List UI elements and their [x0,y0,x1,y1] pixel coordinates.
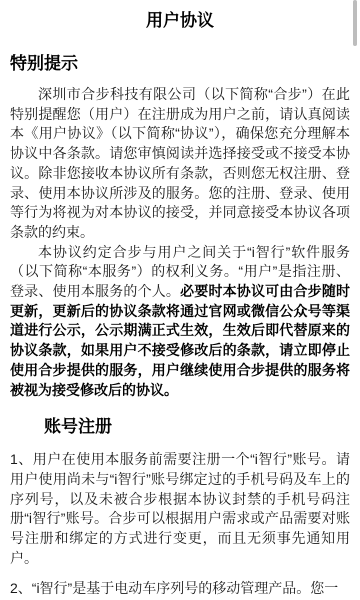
section-heading-special-notice: 特别提示 [10,52,350,75]
account-registration-item-1: 1、用户在使用本服务前需要注册一个“i智行”账号。请用户使用尚未与“i智行”账号… [10,450,350,568]
special-notice-paragraph-2: 本协议约定合步与用户之间关于“i智行”软件服务（以下简称“本服务”）的权利义务。… [10,243,350,401]
user-agreement-page: 用户协议 特别提示 深圳市合步科技有限公司（以下简称“合步”）在此特别提醒您（用… [0,0,360,600]
special-notice-paragraph-1: 深圳市合步科技有限公司（以下简称“合步”）在此特别提醒您（用户）在注册成为用户之… [10,85,350,243]
scrollbar-thumb[interactable] [353,0,357,46]
account-registration-item-2: 2、“i智行”是基于电动车序列号的移动管理产品。您一 [10,579,350,599]
section-heading-account-registration: 账号注册 [10,415,350,438]
page-title: 用户协议 [10,9,350,33]
special-notice-paragraph-2-bold-text: 必要时本协议可由合步随时更新，更新后的协议条款将通过官网或微信公众号等渠道进行公… [10,283,350,398]
